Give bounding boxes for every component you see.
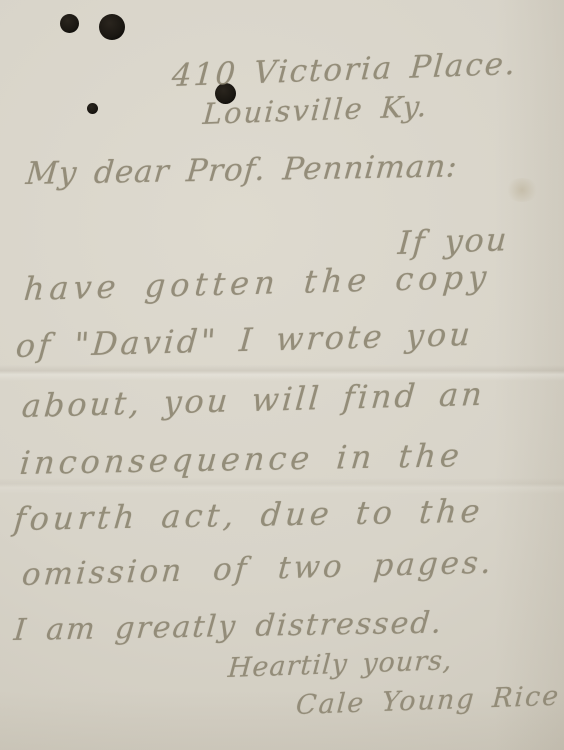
salutation: My dear Prof. Penniman: [24, 148, 459, 192]
letter-photograph: 410 Victoria Place. Louisville Ky. My de… [0, 0, 564, 750]
body-line: I am greatly distressed. [12, 605, 444, 648]
body-intro: If you [397, 220, 510, 262]
body-line: of "David" I wrote you [15, 315, 475, 365]
paper-stain [505, 178, 539, 202]
address-line-2: Louisville Ky. [202, 89, 430, 131]
address-line-1: 410 Victoria Place. [171, 46, 518, 94]
ink-spot [60, 14, 79, 33]
body-line: fourth act, due to the [12, 492, 485, 538]
body-line: omission of two pages. [21, 545, 496, 593]
body-line: have gotten the copy [23, 258, 493, 308]
ink-spot [99, 14, 125, 40]
body-line: inconsequence in the [18, 436, 464, 482]
body-line: about, you will find an [21, 375, 487, 425]
ink-spot [87, 103, 98, 114]
closing: Heartily yours, [227, 645, 454, 684]
